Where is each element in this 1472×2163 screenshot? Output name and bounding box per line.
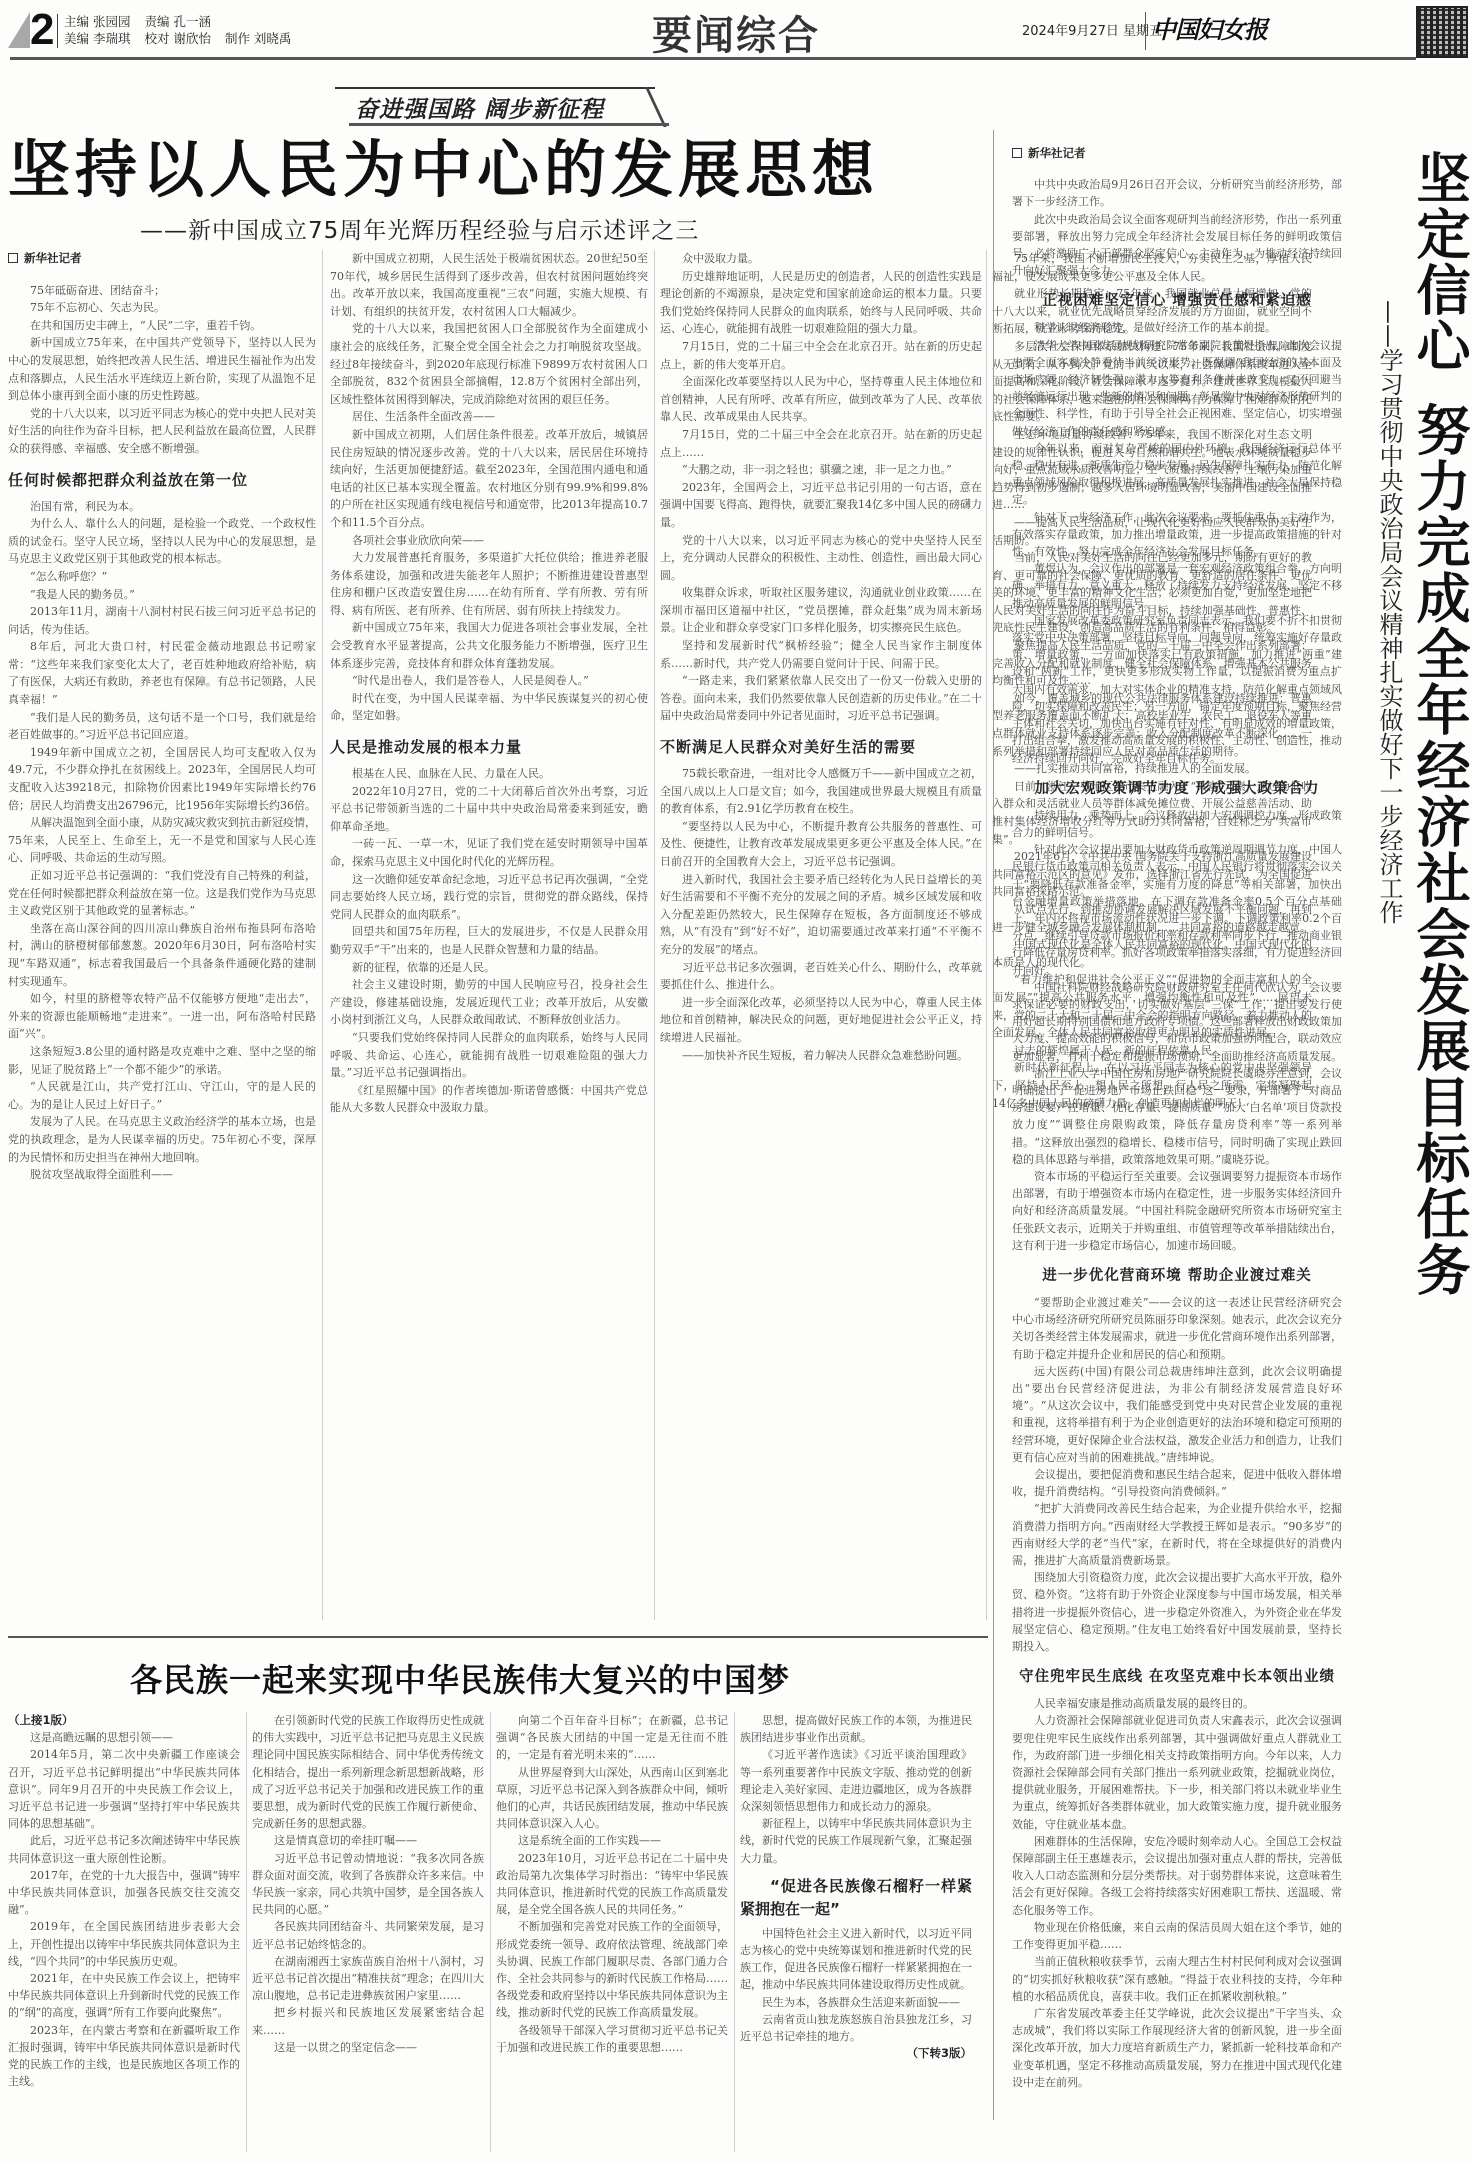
- section-title: 要闻综合: [652, 4, 820, 61]
- paragraph: 这是一以贯之的坚定信念——: [252, 2039, 484, 2056]
- paragraph: 此后，习近平总书记多次阐述铸牢中华民族共同体意识这一重大原创性论断。: [8, 1832, 240, 1866]
- paragraph: 中国特色社会主义进入新时代，以习近平同志为核心的党中央统筹谋划和推进新时代党的民…: [740, 1925, 972, 1994]
- paragraph: 针对下一步经济工作，此次会议要求，要抓住重点、主动作为，有效落实存量政策，加力推…: [1012, 509, 1342, 561]
- main-subhead: ——新中国成立75周年光辉历程经验与启示述评之三: [140, 212, 699, 245]
- paragraph-list: 众中汲取力量。历史雄辩地证明，人民是历史的创造者，人民的创造性实践是理论创新的不…: [660, 250, 982, 725]
- column-divider: [986, 250, 987, 1620]
- section-rule: [8, 1636, 988, 1638]
- paragraph: 这是系统全面的工作实践——: [496, 1832, 728, 1849]
- section-heading: 人民是推动发展的根本力量: [330, 735, 648, 759]
- byline-box-icon: [1012, 148, 1022, 158]
- paragraph: 7月15日，党的二十届三中全会在北京召开。站在新的历史起点上，新的伟大变革开启。: [660, 338, 982, 373]
- paragraph: 坐落在高山深谷间的四川凉山彝族自治州布拖县阿布洛哈村，满山的脐橙树郁郁葱葱。20…: [8, 920, 316, 990]
- paragraph: 2023年，在内蒙古考察和在新疆听取工作汇报时强调，铸牢中华民族共同体意识是新时…: [8, 2022, 240, 2091]
- byline-text: 新华社记者: [1028, 146, 1086, 160]
- paragraph-list: 在引领新时代党的民族工作取得历史性成就的伟大实践中，习近平总书记把马克思主义民族…: [252, 1712, 484, 2056]
- paragraph: 2013年11月，湖南十八洞村村民石拔三问习近平总书记的问话，传为佳话。: [8, 603, 316, 638]
- credit-art-editor: 美编 李瑞琪: [64, 31, 130, 46]
- paragraph: 会议提出，要把促消费和惠民生结合起来，促进中低收入群体增收，提升消费结构。“引导…: [1012, 1466, 1342, 1500]
- paragraph: “大鹏之动，非一羽之轻也；骐骥之速，非一足之力也。”: [660, 461, 982, 479]
- divider: [57, 14, 58, 48]
- paragraph: 各民族共同团结奋斗、共同繁荣发展，是习近平总书记始终惦念的。: [252, 1918, 484, 1952]
- paragraph-list: 75年砥砺奋进、团结奋斗；75年不忘初心、矢志为民。在共和国历史丰碑上，“人民”…: [8, 282, 316, 458]
- paragraph: 董煜认为，会议作出的部署是一套宏观经济政策组合拳，方向明确、举措有力、意义重大，…: [1012, 560, 1342, 612]
- paragraph: 治国有常，利民为本。: [8, 498, 316, 516]
- byline: 新华社记者: [8, 250, 316, 268]
- paragraph: 在共和国历史丰碑上，“人民”二字，重若千钧。: [8, 317, 316, 335]
- paragraph: 居住、生活条件全面改善——: [330, 408, 648, 426]
- paragraph: 党的十八大以来，以习近平同志为核心的党中央把人民对美好生活的向往作为奋斗目标，把…: [8, 405, 316, 458]
- paragraph: 人力资源社会保障部就业促进司负责人宋鑫表示，此次会议强调要兜住兜牢民生底线作出系…: [1012, 1712, 1342, 1832]
- bottom-column-3: 向第二个百年奋斗目标”；在新疆，总书记强调“各民族大团结的中国一定是无往而不胜的…: [496, 1712, 728, 2152]
- bottom-headline: 各民族一起来实现中华民族伟大复兴的中国梦: [130, 1655, 790, 1701]
- paragraph: 在引领新时代党的民族工作取得历史性成就的伟大实践中，习近平总书记把马克思主义民族…: [252, 1712, 484, 1832]
- section-heading: 不断满足人民群众对美好生活的需要: [660, 735, 982, 759]
- qr-code-icon[interactable]: [1416, 6, 1468, 58]
- paragraph-list: 中国特色社会主义进入新时代，以习近平同志为核心的党中央统筹谋划和推进新时代党的民…: [740, 1925, 972, 2045]
- paragraph: “怎么称呼您？”: [8, 568, 316, 586]
- paragraph-list: 根基在人民、血脉在人民、力量在人民。2022年10月27日，党的二十大闭幕后首次…: [330, 765, 648, 1117]
- paragraph: 75载长歌奋进，一组对比令人感慨万千——新中国成立之初，全国八成以上人口是文盲；…: [660, 765, 982, 818]
- paragraph: 远大医药(中国)有限公司总裁唐纬坤注意到，此次会议明确提出“要出台民营经济促进法…: [1012, 1363, 1342, 1466]
- paragraph-list: 人民幸福安康是推动高质量发展的最终目的。人力资源社会保障部就业促进司负责人宋鑫表…: [1012, 1695, 1342, 2091]
- paragraph-list: 持续用力、乘势而上，会议释放出加大宏观调控力度、形成政策合力的鲜明信号。针对此次…: [1012, 807, 1342, 1254]
- masthead-rule: [10, 57, 1416, 60]
- paragraph: 如今，村里的脐橙等农特产品不仅能够方便地“走出去”，外来的资源也能顺畅地“走进来…: [8, 990, 316, 1043]
- paragraph: 中国社科院财经战略研究院财政研究室主任何代欣认为，会议要求保证必要的财政支出，切…: [1012, 979, 1342, 1065]
- paragraph: “要帮助企业渡过难关”——会议的这一表述让民营经济研究会中心市场经济研究所研究员…: [1012, 1294, 1342, 1363]
- paragraph: 时代在变，为中国人民谋幸福、为中华民族谋复兴的初心使命，坚定如磐。: [330, 690, 648, 725]
- paragraph-list: 科学认识经济形势，是做好经济工作的基本前提。清华大学中国发展规划研究院常务副院长…: [1012, 319, 1342, 766]
- paragraph: “我是人民的勤务员。”: [8, 586, 316, 604]
- paragraph: 今年以来，面对复杂严峻的国内外环境，我国经济运行总体平稳、稳中有进，新质生产力稳…: [1012, 440, 1342, 509]
- section-heading: 加大宏观政策调节力度 形成强大政策合力: [1012, 777, 1342, 801]
- paragraph: 在湖南湘西土家族苗族自治州十八洞村，习近平总书记首次提出“精准扶贫”理念；在四川…: [252, 1953, 484, 2005]
- paragraph: 75年砥砺奋进、团结奋斗；: [8, 282, 316, 300]
- paragraph: 2017年，在党的十九大报告中，强调“铸牢中华民族共同体意识，加强各民族交往交流…: [8, 1867, 240, 1919]
- paragraph: 针对此次会议提出要加大财政货币政策逆周期调节力度，中国人民银行货币政策司相关负责…: [1012, 841, 1342, 979]
- paragraph: 2023年，全国两会上，习近平总书记引用的一句古语，意在强调中国要飞得高、跑得快…: [660, 479, 982, 532]
- section-heading: 任何时候都把群众利益放在第一位: [8, 468, 316, 492]
- paragraph: 收集群众诉求，听取社区服务建议，沟通就业创业政策……在深圳市福田区道福中社区，“…: [660, 584, 982, 637]
- paragraph: 中共中央政治局9月26日召开会议，分析研究当前经济形势，部署下一步经济工作。: [1012, 176, 1342, 210]
- paragraph: 众中汲取力量。: [660, 250, 982, 268]
- paragraph-list: 中共中央政治局9月26日召开会议，分析研究当前经济形势，部署下一步经济工作。此次…: [1012, 176, 1342, 279]
- paragraph: 这是高瞻远瞩的思想引领——: [8, 1729, 240, 1746]
- headline-part-1: 坚定信心: [1408, 150, 1472, 374]
- paragraph: 各项社会事业欣欣向荣——: [330, 532, 648, 550]
- paragraph: 《习近平著作选读》《习近平谈治国理政》等一系列重要著作中民族文字版、推动党的创新…: [740, 1746, 972, 1815]
- continued-to-label: （下转3版）: [740, 2045, 972, 2062]
- paragraph: 2021年，在中央民族工作会议上，把铸牢中华民族共同体意识上升到新时代党的民族工…: [8, 1970, 240, 2022]
- paragraph: 1949年新中国成立之初，全国居民人均可支配收入仅为49.7元，不少群众挣扎在贫…: [8, 744, 316, 814]
- paragraph: “只要我们党始终保持同人民群众的血肉联系，始终与人民同呼吸、共命运、心连心，就能…: [330, 1029, 648, 1082]
- section-heading: “促进各民族像石榴籽一样紧紧拥抱在一起”: [740, 1875, 972, 1921]
- editor-credits: 主编 张园园 责编 孔一涵 美编 李瑞琪 校对 谢欣怡 制作 刘晓禹: [64, 13, 301, 47]
- bottom-column-4: 思想，提高做好民族工作的本领，为推进民族团结进步事业作出贡献。《习近平著作选读》…: [740, 1712, 972, 2152]
- byline-text: 新华社记者: [24, 251, 82, 265]
- paragraph: 新中国成立75年来，在中国共产党领导下，坚持以人民为中心的发展思想，始终把改善人…: [8, 334, 316, 404]
- column-divider: [246, 1712, 247, 2152]
- paragraph-list: 思想，提高做好民族工作的本领，为推进民族团结进步事业作出贡献。《习近平著作选读》…: [740, 1712, 972, 1867]
- paragraph: ——加快补齐民生短板，着力解决人民群众急难愁盼问题。: [660, 1047, 982, 1065]
- bottom-column-1: （上接1版） 这是高瞻远瞩的思想引领——2014年5月，第二次中央新疆工作座谈会…: [8, 1712, 240, 2152]
- paragraph: 8年后，河北大贵口村，村民霍金薇动地跟总书记唠家常：“这些年来我们家变化太大了，…: [8, 638, 316, 708]
- paragraph: 进入新时代，我国社会主要矛盾已经转化为人民日益增长的美好生活需要和不平衡不充分的…: [660, 871, 982, 959]
- right-article-headline: 坚定信心努力完成全年经济社会发展目标任务: [1410, 150, 1470, 1298]
- paragraph: 根基在人民、血脉在人民、力量在人民。: [330, 765, 648, 783]
- paragraph: 从世界屋脊到大山深处，从西南山区到塞北草原，习近平总书记深入到各族群众中间，倾听…: [496, 1764, 728, 1833]
- paragraph: 脱贫攻坚战取得全面胜利——: [8, 1166, 316, 1184]
- issue-date: 2024年9月27日 星期五: [1022, 20, 1162, 39]
- paragraph: 回望共和国75年历程，巨大的发展进步，不仅是人民群众用勤劳双手“干”出来的，也是…: [330, 923, 648, 958]
- paragraph: “要坚持以人民为中心，不断提升教育公共服务的普惠性、可及性、便捷性，让教育改革发…: [660, 818, 982, 871]
- column-divider: [654, 250, 655, 1620]
- column-divider: [993, 130, 994, 2120]
- right-article-body: 新华社记者 中共中央政治局9月26日召开会议，分析研究当前经济形势，部署下一步经…: [1012, 145, 1342, 2095]
- paragraph: 7月15日，党的二十届三中全会在北京召开。站在新的历史起点上……: [660, 426, 982, 461]
- main-headline: 坚持以人民为中心的发展思想: [8, 134, 879, 206]
- paragraph-list: 向第二个百年奋斗目标”；在新疆，总书记强调“各民族大团结的中国一定是无往而不胜的…: [496, 1712, 728, 2056]
- paragraph: 持续用力、乘势而上，会议释放出加大宏观调控力度、形成政策合力的鲜明信号。: [1012, 807, 1342, 841]
- paragraph: 2019年，在全国民族团结进步表彰大会上，开创性提出以铸牢中华民族共同体意识为主…: [8, 1918, 240, 1970]
- paragraph: “人民就是江山，共产党打江山、守江山，守的是人民的心。为的是让人民过上好日子。”: [8, 1078, 316, 1113]
- paragraph: 为什么人、靠什么人的问题，是检验一个政党、一个政权性质的试金石。坚守人民立场，坚…: [8, 515, 316, 568]
- paragraph: 新中国成立75年来，我国大力促进各项社会事业发展，全社会受教育水平显著提高，公共…: [330, 619, 648, 672]
- page-number-wedge: [8, 12, 30, 48]
- paragraph: 历史雄辩地证明，人民是历史的创造者，人民的创造性实践是理论创新的不竭源泉，是决定…: [660, 268, 982, 338]
- paragraph: 从解决温饱到全面小康，从防灾减灾救灾到抗击新冠疫情，75年来，人民至上、生命至上…: [8, 814, 316, 867]
- paragraph: 资本市场的平稳运行至关重要。会议强调要努力提振资本市场作出部署，有助于增强资本市…: [1012, 1168, 1342, 1254]
- paragraph: 一砖一瓦、一草一木，见证了我们党在延安时期领导中国革命，探索马克思主义中国化时代…: [330, 835, 648, 870]
- paragraph: 2022年10月27日，党的二十大闭幕后首次外出考察，习近平总书记带领新当选的二…: [330, 783, 648, 836]
- paragraph-list: “要帮助企业渡过难关”——会议的这一表述让民营经济研究会中心市场经济研究所研究员…: [1012, 1294, 1342, 1655]
- paragraph: 困难群体的生活保障，安危冷暖时刻牵动人心。全国总工会权益保障部副主任王惠雄表示，…: [1012, 1833, 1342, 1919]
- kicker-slant: [645, 87, 667, 127]
- credit-chief-editor: 主编 张园园: [64, 14, 130, 29]
- paragraph: 广东省发展改革委主任艾学峰说，此次会议提出“干字当头、众志成城”，我们将以实际工…: [1012, 2005, 1342, 2091]
- paragraph: 各级领导干部深入学习贯彻习近平总书记关于加强和改进民族工作的重要思想……: [496, 2022, 728, 2056]
- paragraph: 此次中央政治局会议全面客观研判当前经济形势，作出一系列重要部署，释放出努力完成全…: [1012, 211, 1342, 280]
- paragraph: 习近平总书记曾动情地说：“我多次同各族群众面对面交流，收到了各族群众许多来信。中…: [252, 1850, 484, 1919]
- kicker-text: 奋进强国路 阔步新征程: [355, 91, 604, 124]
- paragraph: 新征程上，以铸牢中华民族共同体意识为主线，新时代党的民族工作展现新气象，汇聚起强…: [740, 1815, 972, 1867]
- paragraph: 坚持和发展新时代“枫桥经验”；健全人民当家作主制度体系……新时代，共产党人仍需要…: [660, 637, 982, 672]
- right-article-subtitle: ——学习贯彻中央政治局会议精神扎实做好下一步经济工作: [1370, 300, 1404, 924]
- credit-responsible-editor: 责编 孔一涵: [144, 14, 210, 29]
- paragraph: 向第二个百年奋斗目标”；在新疆，总书记强调“各民族大团结的中国一定是无往而不胜的…: [496, 1712, 728, 1764]
- paragraph-list: 新中国成立初期，人民生活处于极端贫困状态。20世纪50至70年代，城乡居民生活得…: [330, 250, 648, 725]
- paragraph: 党的十八大以来，以习近平同志为核心的党中央坚持人民至上，充分调动人民群众的积极性…: [660, 532, 982, 585]
- credit-producer: 制作 刘晓禹: [225, 31, 291, 46]
- masthead: 2 主编 张园园 责编 孔一涵 美编 李瑞琪 校对 谢欣怡 制作 刘晓禹 要闻综…: [0, 0, 1472, 60]
- paragraph: 进一步全面深化改革，必须坚持以人民为中心，尊重人民主体地位和首创精神，解决民众的…: [660, 994, 982, 1047]
- paragraph: 这条短短3.8公里的通村路是攻克难中之难、坚中之坚的缩影，见证了脱贫路上“一个都…: [8, 1043, 316, 1078]
- paragraph: 75年不忘初心、矢志为民。: [8, 299, 316, 317]
- continued-from-label: （上接1版）: [8, 1712, 240, 1729]
- column-divider: [490, 1712, 491, 2152]
- column-divider: [734, 1712, 735, 2152]
- bottom-column-2: 在引领新时代党的民族工作取得历史性成就的伟大实践中，习近平总书记把马克思主义民族…: [252, 1712, 484, 2152]
- section-heading: 正视困难坚定信心 增强责任感和紧迫感: [1012, 289, 1342, 313]
- paragraph: 新中国成立初期，人民生活处于极端贫困状态。20世纪50至70年代，城乡居民生活得…: [330, 250, 648, 320]
- paragraph: 2014年5月，第二次中央新疆工作座谈会召开，习近平总书记鲜明提出“中华民族共同…: [8, 1746, 240, 1832]
- paragraph: 这一次瞻仰延安革命纪念地，习近平总书记再次强调，“全党同志要始终人民立场，践行党…: [330, 871, 648, 924]
- paragraph: 物业现在价格低廉，来自云南的保洁员周大姐在这个季节，她的工作变得更加平稳……: [1012, 1919, 1342, 1953]
- page-number: 2: [30, 8, 54, 52]
- byline: 新华社记者: [1012, 145, 1342, 162]
- paragraph: 把乡村振兴和民族地区发展紧密结合起来……: [252, 2004, 484, 2038]
- paragraph: 全面深化改革要坚持以人民为中心，坚持尊重人民主体地位和首创精神，人民有所呼、改革…: [660, 373, 982, 426]
- paragraph-list: 75载长歌奋进，一组对比令人感慨万千——新中国成立之初，全国八成以上人口是文盲；…: [660, 765, 982, 1064]
- paragraph-list: 这是高瞻远瞩的思想引领——2014年5月，第二次中央新疆工作座谈会召开，习近平总…: [8, 1729, 240, 2090]
- byline-box-icon: [8, 253, 18, 263]
- paragraph-list: 治国有常，利民为本。为什么人、靠什么人的问题，是检验一个政党、一个政权性质的试金…: [8, 498, 316, 1184]
- paragraph: 党的十八大以来，我国把贫困人口全部脱贫作为全面建成小康社会的底线任务，汇聚全党全…: [330, 320, 648, 408]
- paragraph: 云南省贡山独龙族怒族自治县独龙江乡，习近平总书记牵挂的地方。: [740, 2011, 972, 2045]
- paragraph: “把扩大消费同改善民生结合起来，为企业提升供给水平，挖掘消费潜力指明方向。”西南…: [1012, 1500, 1342, 1569]
- paragraph: 习近平总书记多次强调，老百姓关心什么、期盼什么，改革就要抓住什么、推进什么。: [660, 959, 982, 994]
- paragraph: 围绕加大引资稳资力度，此次会议提出要扩大高水平开放，稳外贸、稳外资。“这将有助于…: [1012, 1569, 1342, 1655]
- paragraph: 这是情真意切的牵挂叮嘱——: [252, 1832, 484, 1849]
- paragraph: 新的征程，依靠的还是人民。: [330, 959, 648, 977]
- paragraph: 国家发展改革委政策研究室负责同志表示，我们要不折不扣贯彻落实党中央决策部署，坚持…: [1012, 612, 1342, 767]
- paragraph: “一路走来，我们紧紧依靠人民交出了一份又一份载入史册的答卷。面向未来，我们仍然要…: [660, 672, 982, 725]
- paragraph: 当前正值秋粮收获季节，云南大理古生村村民何利成对会议强调的“切实抓好秋粮收获”深…: [1012, 1953, 1342, 2005]
- credit-proofreader: 校对 谢欣怡: [144, 31, 210, 46]
- paragraph: 社会主义建设时期，勤劳的中国人民响应号召，投身社会生产建设，修建基础设施，发展近…: [330, 976, 648, 1029]
- headline-part-2: 努力完成全年经济社会发展目标任务: [1408, 402, 1472, 1298]
- article-column-3: 众中汲取力量。历史雄辩地证明，人民是历史的创造者，人民的创造性实践是理论创新的不…: [660, 250, 982, 1630]
- column-divider: [322, 250, 323, 1620]
- paragraph: 浙江工业大学中国住房和房地产研究院院长虞晓芬注意到，会议明确提出了“促进房地产市…: [1012, 1065, 1342, 1168]
- paragraph: 发展为了人民。在马克思主义政治经济学的基本立场，也是党的执政理念，是为人民谋幸福…: [8, 1113, 316, 1166]
- paragraph: 大力发展普惠托育服务，多渠道扩大托位供给；推进养老服务体系建设，加强和改进失能老…: [330, 549, 648, 619]
- paragraph: 2023年10月，习近平总书记在二十届中央政治局第九次集体学习时指出：“铸牢中华…: [496, 1850, 728, 1919]
- paragraph: 不断加强和完善党对民族工作的全面领导，形成党委统一领导、政府依法管理、统战部门牵…: [496, 1918, 728, 2021]
- paragraph: “我们是人民的勤务员，这句话不是一个口号，我们就是给老百姓做事的。”习近平总书记…: [8, 709, 316, 744]
- section-heading: 进一步优化营商环境 帮助企业渡过难关: [1012, 1264, 1342, 1288]
- paragraph: 清华大学中国发展规划研究院常务副院长董煜指出，此次会议提出要全面客观冷静看待当前…: [1012, 337, 1342, 440]
- paragraph: 正如习近平总书记强调的：“我们党没有自己特殊的利益，党在任何时候都把群众利益放在…: [8, 867, 316, 920]
- section-heading: 守住兜牢民生底线 在攻坚克难中长本领出业绩: [1012, 1665, 1342, 1689]
- paragraph: 新中国成立初期，人们居住条件很差。改革开放后，城镇居民住房短缺的情况逐步改善。党…: [330, 426, 648, 532]
- divider: [1145, 12, 1146, 50]
- paragraph: 民生为本，各族群众生活迎来新面貌——: [740, 1994, 972, 2011]
- newspaper-logo: 中国妇女报: [1152, 10, 1267, 45]
- paragraph: 思想，提高做好民族工作的本领，为推进民族团结进步事业作出贡献。: [740, 1712, 972, 1746]
- paragraph: “时代是出卷人，我们是答卷人，人民是阅卷人。”: [330, 672, 648, 690]
- article-column-1: 新华社记者 75年砥砺奋进、团结奋斗；75年不忘初心、矢志为民。在共和国历史丰碑…: [8, 250, 316, 1630]
- article-column-2: 新中国成立初期，人民生活处于极端贫困状态。20世纪50至70年代，城乡居民生活得…: [330, 250, 648, 1630]
- paragraph: 人民幸福安康是推动高质量发展的最终目的。: [1012, 1695, 1342, 1712]
- paragraph: 《红星照耀中国》的作者埃德加·斯诺曾感慨：中国共产党总能从大多数人民群众中汲取力…: [330, 1082, 648, 1117]
- paragraph: 科学认识经济形势，是做好经济工作的基本前提。: [1012, 319, 1342, 336]
- kicker-banner: 奋进强国路 阔步新征程: [335, 87, 685, 125]
- kicker-rule: [335, 87, 655, 89]
